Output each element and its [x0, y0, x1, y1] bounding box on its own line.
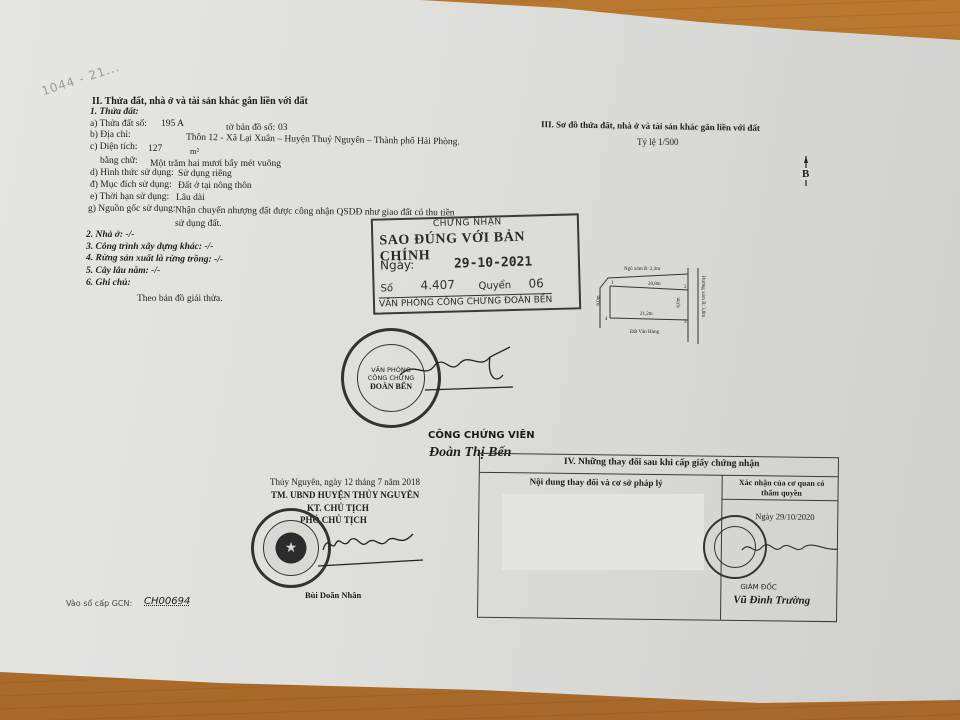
col2-header: Xác nhận của cơ quan có thẩm quyền [729, 478, 833, 499]
star-icon: ★ [285, 540, 298, 557]
confirm-date: Ngày 29/10/2020 [755, 511, 814, 523]
plot-top-road: Ngõ xóm B: 2,3m [624, 267, 660, 272]
area-label: c) Diện tích: [90, 142, 137, 153]
usage-form-label: d) Hình thức sử dụng: [90, 168, 174, 179]
col1-header: Nội dung thay đổi và cơ sở pháp lý [530, 476, 663, 489]
plot-bottom-neighbor: Đất Văn Hùng [630, 330, 659, 335]
area-words-label: bằng chữ: [100, 156, 138, 167]
land-heading: 1. Thửa đất: [90, 107, 139, 118]
usage-form-value: Sử dụng riêng [178, 169, 232, 180]
purpose-value: Đất ở tại nông thôn [178, 181, 252, 192]
map-sheet-label: tờ bản đồ số: [226, 123, 275, 134]
land-plot-diagram: Ngõ xóm B: 2,3m 20,8m 21,2m 6,0m 6,0m Đư… [590, 268, 710, 348]
certified-copy-stamp: CHỨNG NHẬN SAO ĐÚNG VỚI BẢN CHÍNH Ngày: … [371, 213, 581, 314]
stamp-date-value: 29-10-2021 [454, 255, 533, 272]
stamp-header: CHỨNG NHẬN [433, 217, 502, 229]
registry-label: Vào sổ cấp GCN: [66, 598, 132, 609]
director-signature-icon [740, 535, 840, 565]
address-value: Thôn 12 - Xã Lại Xuân – Huyện Thuỷ Nguyê… [186, 133, 460, 149]
parcel-label: a) Thửa đất số: [90, 119, 147, 130]
perennial-trees-item: 5. Cây lâu năm: -/- [86, 266, 160, 277]
scale-text: Tỷ lệ 1/500 [637, 137, 679, 148]
place-date: Thủy Nguyên, ngày 12 tháng 7 năm 2018 [270, 477, 420, 488]
notary-signature-icon [395, 345, 515, 405]
note-text: Theo bản đồ giải thửa. [137, 294, 223, 305]
origin-value-line2: sử dụng đất. [175, 219, 222, 230]
north-label: B [801, 168, 810, 180]
plot-bottom-edge: 21,2m [640, 312, 653, 317]
signing-role1: KT. CHỦ TỊCH [307, 503, 369, 514]
stamp-book-value: 06 [528, 276, 544, 290]
stamp-date-label: Ngày: [380, 258, 415, 273]
director-name: Vũ Đình Trường [733, 594, 810, 607]
purpose-label: đ) Mục đích sử dụng: [90, 180, 172, 191]
plot-corner-2: 2 [684, 285, 687, 290]
stamp-office: VĂN PHÒNG CÔNG CHỨNG ĐOÀN BẾN [379, 293, 553, 310]
stamp-book-label: Quyển [478, 280, 511, 292]
plot-corner-1: 1 [611, 281, 614, 286]
plot-corner-3: 3 [684, 320, 687, 325]
parcel-value: 195 A [161, 119, 184, 130]
registry-value: CH00694 [144, 596, 190, 607]
official-signature-icon [318, 528, 428, 568]
term-value: Lâu dài [176, 193, 205, 204]
map-sheet-value: 03 [278, 123, 288, 134]
pencil-note: 1044 - 21... [40, 60, 122, 98]
house-item: 2. Nhà ở: -/- [86, 230, 134, 241]
address-label: b) Địa chỉ: [90, 130, 131, 141]
plot-right-edge: 6,0m [677, 297, 682, 307]
plot-left-edge: 6,0m [597, 295, 602, 305]
section2-title: II. Thửa đất, nhà ở và tài sản khác gắn … [92, 96, 308, 107]
notary-title: CÔNG CHỨNG VIÊN [428, 430, 535, 441]
redacted-content-box [502, 494, 704, 570]
note-heading: 6. Ghi chú: [86, 278, 131, 289]
section4-title: IV. Những thay đổi sau khi cấp giấy chứn… [564, 457, 760, 470]
origin-label: g) Nguồn gốc sử dụng: [88, 204, 175, 215]
planted-forest-item: 4. Rừng sản xuất là rừng trồng: -/- [86, 253, 223, 266]
director-title: GIÁM ĐỐC [740, 583, 776, 591]
plot-top-edge: 20,8m [648, 282, 661, 287]
certificate-page: 1044 - 21... II. Thửa đất, nhà ở và tài … [0, 0, 960, 720]
term-label: e) Thời hạn sử dụng: [90, 192, 169, 203]
signing-org: TM. UBND HUYỆN THỦY NGUYÊN [271, 490, 419, 501]
area-value: 127 [148, 144, 162, 155]
signer-name: Bùi Doãn Nhân [305, 590, 361, 601]
other-construction-item: 3. Công trình xây dựng khác: -/- [86, 242, 213, 253]
plot-right-road: Đường xóm B: 3,8m [700, 276, 705, 317]
plot-corner-4: 4 [605, 317, 608, 322]
section3-title: III. Sơ đồ thửa đất, nhà ở và tài sản kh… [541, 119, 760, 134]
stamp-number-value: 4.407 [420, 278, 455, 293]
area-unit: m² [190, 146, 199, 157]
stamp-number-label: Số [380, 283, 393, 294]
